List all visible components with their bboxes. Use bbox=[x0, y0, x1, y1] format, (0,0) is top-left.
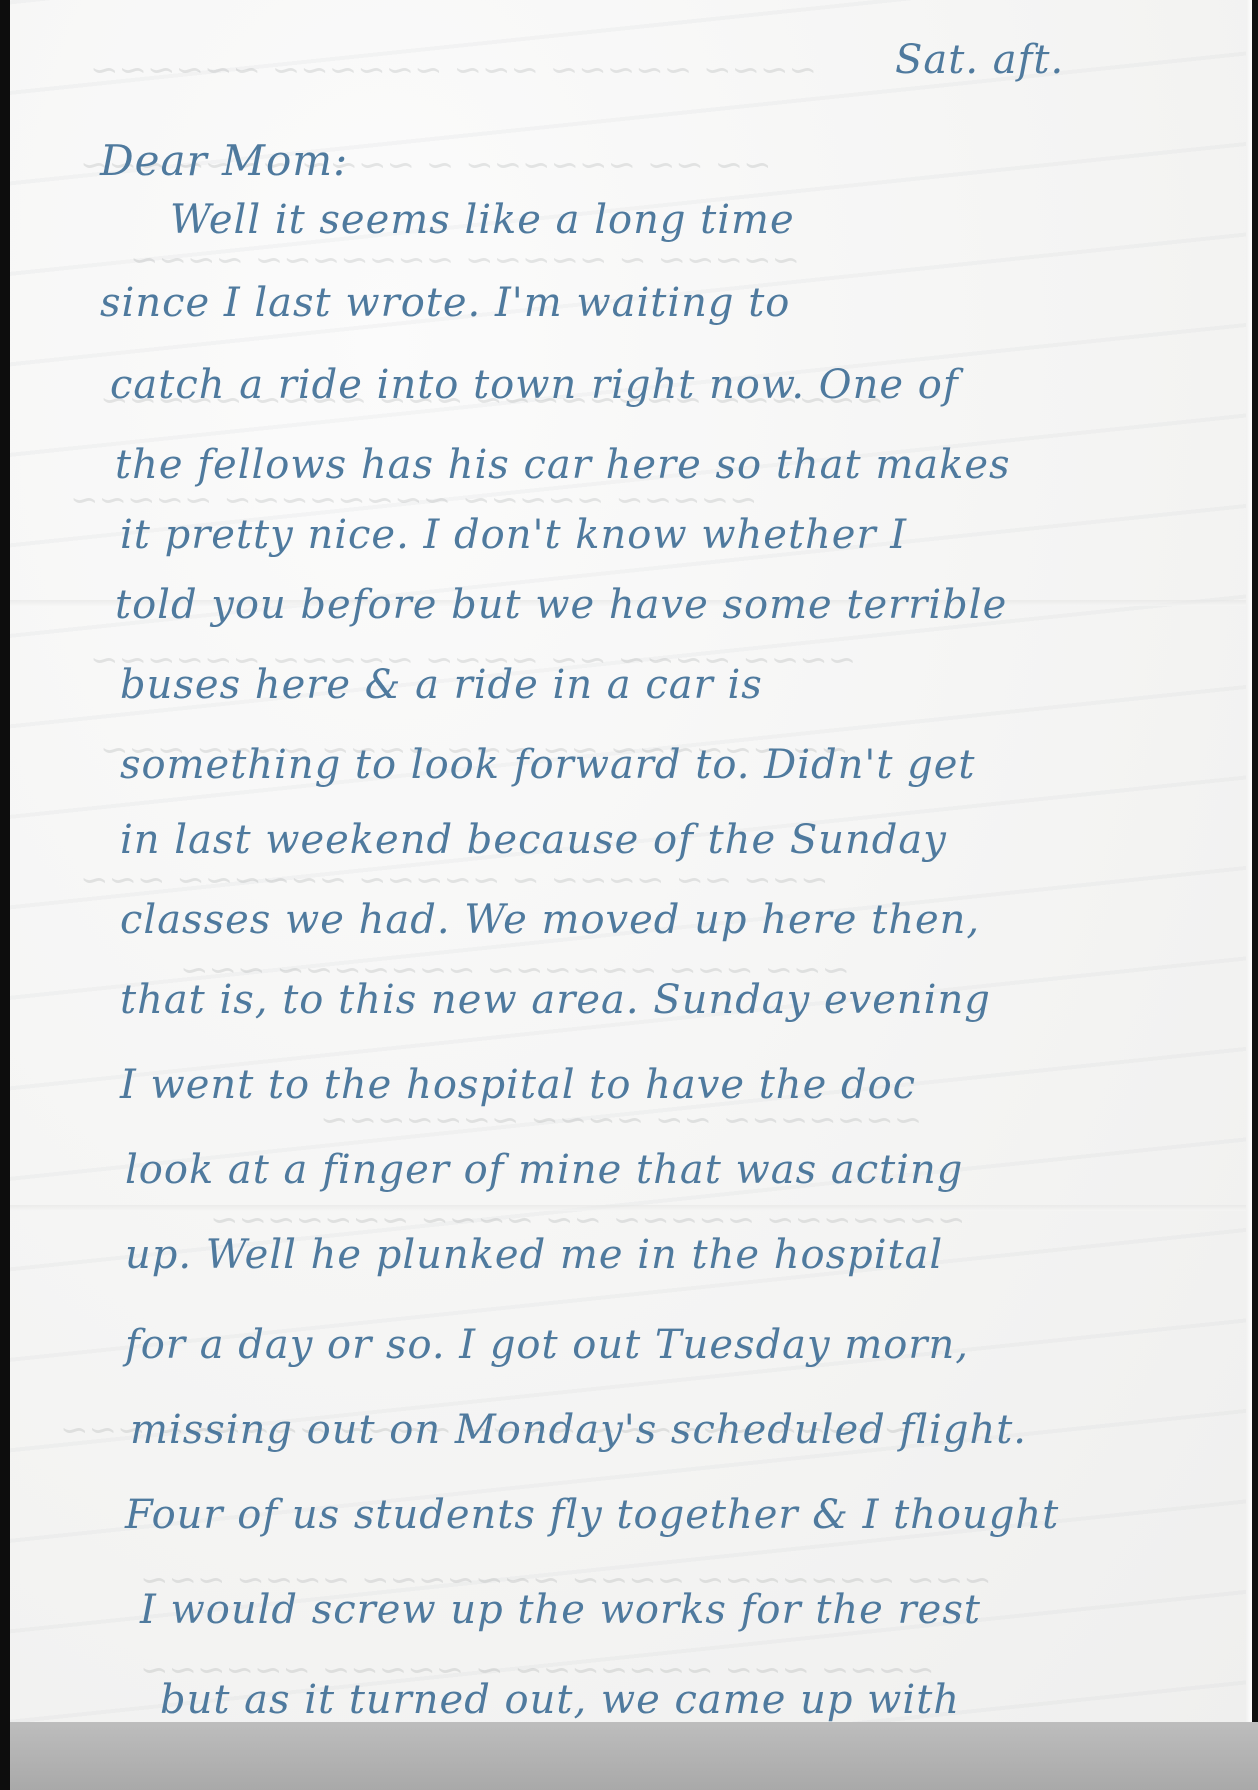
scan-border-left bbox=[0, 0, 10, 1790]
letter-line: for a day or so. I got out Tuesday morn, bbox=[125, 1325, 969, 1365]
letter-line: classes we had. We moved up here then, bbox=[120, 900, 980, 940]
letter-line: missing out on Monday's scheduled flight… bbox=[130, 1410, 1027, 1450]
letter-line: buses here & a ride in a car is bbox=[120, 665, 763, 705]
letter-line: I went to the hospital to have the doc bbox=[120, 1065, 916, 1105]
date-line: Sat. aft. bbox=[895, 40, 1064, 80]
salutation: Dear Mom: bbox=[100, 140, 348, 182]
letter-line: look at a finger of mine that was acting bbox=[125, 1150, 963, 1190]
paper-edge-right bbox=[1246, 0, 1252, 1722]
letter-line: the fellows has his car here so that mak… bbox=[115, 445, 1011, 485]
letter-line: that is, to this new area. Sunday evenin… bbox=[120, 980, 991, 1020]
letter-line: but as it turned out, we came up with bbox=[160, 1680, 960, 1720]
letter-line: in last weekend because of the Sunday bbox=[120, 820, 947, 860]
letter-line: I would screw up the works for the rest bbox=[140, 1590, 981, 1630]
letter-line: it pretty nice. I don't know whether I bbox=[120, 515, 907, 555]
letter-line: told you before but we have some terribl… bbox=[115, 585, 1007, 625]
letter-body: Sat. aft. Dear Mom: Well it seems like a… bbox=[10, 0, 1252, 1722]
letter-page: ~~~~ ~~~~~ ~~~ ~~~~~~ ~~~~~~ ~~ ~~ ~~~~~… bbox=[10, 0, 1252, 1722]
scan-background-bottom bbox=[10, 1722, 1258, 1790]
letter-line: since I last wrote. I'm waiting to bbox=[100, 283, 790, 323]
letter-line: catch a ride into town right now. One of bbox=[110, 365, 959, 405]
letter-line: Four of us students fly together & I tho… bbox=[125, 1495, 1059, 1535]
letter-line: something to look forward to. Didn't get bbox=[120, 745, 976, 785]
letter-line: Well it seems like a long time bbox=[170, 200, 795, 240]
letter-line: up. Well he plunked me in the hospital bbox=[125, 1235, 943, 1275]
